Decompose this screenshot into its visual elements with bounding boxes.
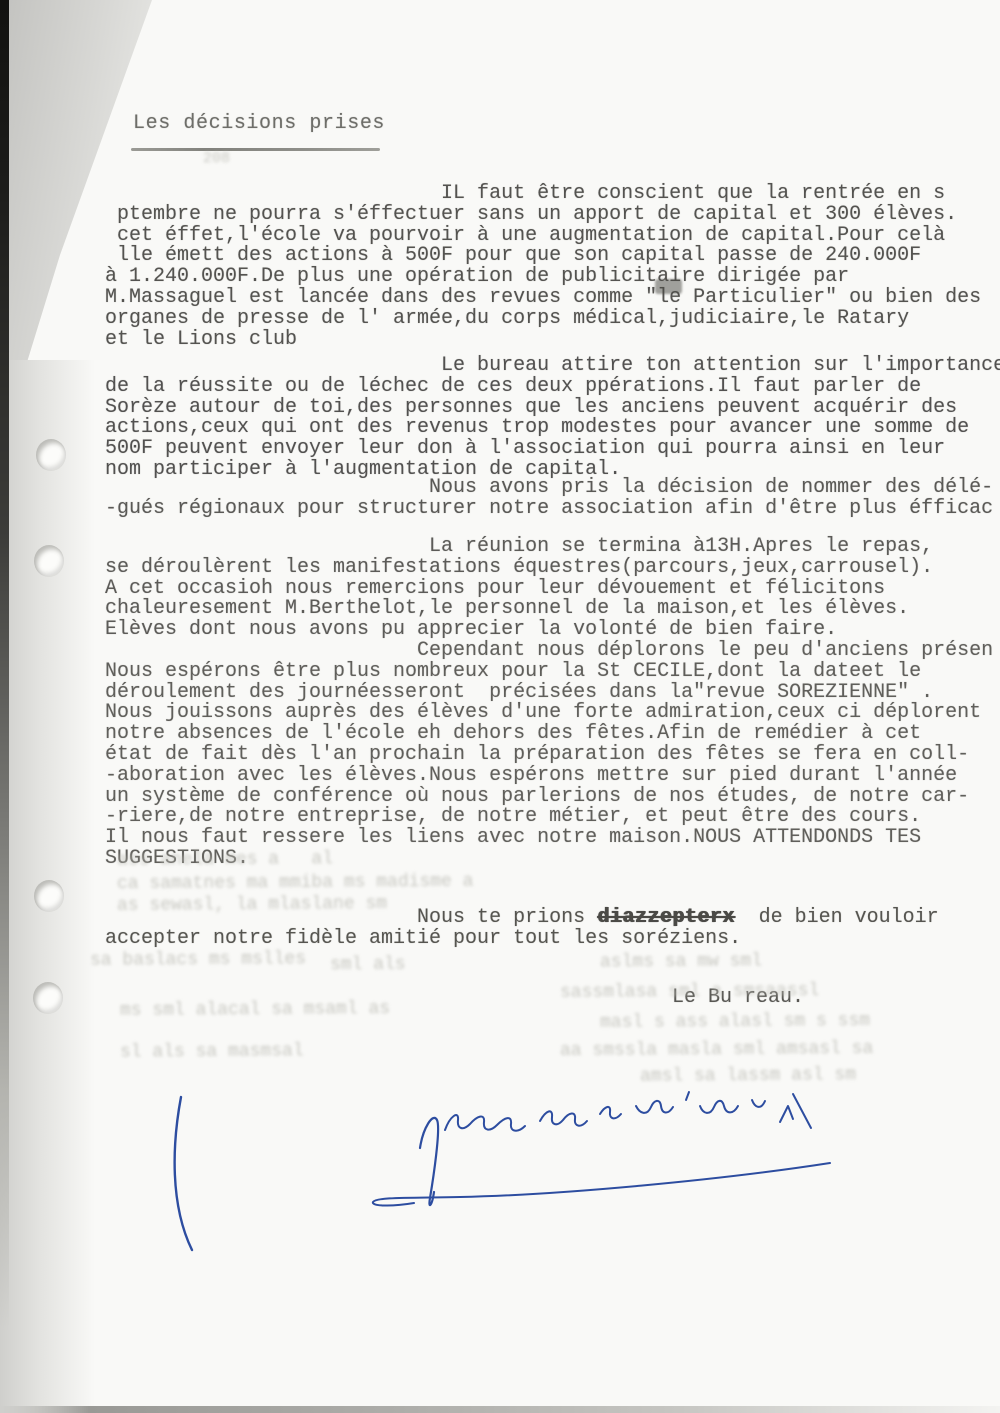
- scanned-letter-page: Les décisions prises IL faut être consci…: [0, 0, 1000, 1413]
- handwritten-signature: [0, 0, 1000, 1413]
